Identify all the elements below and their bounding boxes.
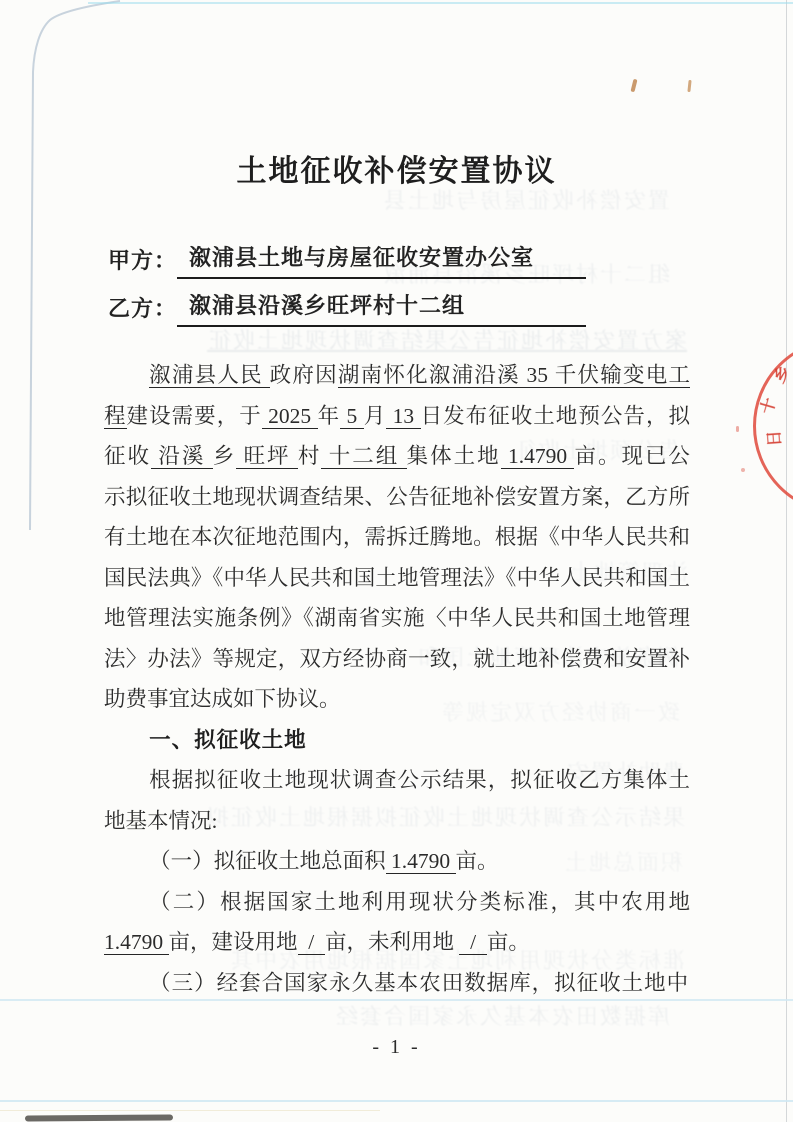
body-line: 一、拟征收土地 bbox=[104, 720, 690, 761]
body-text: 亩，建设用地 bbox=[169, 930, 298, 954]
body-text: 日发布征收土地预公告，拟 bbox=[421, 404, 690, 428]
party-a-label: 甲方： bbox=[108, 244, 177, 275]
body-line: （二）根据国家土地利用现状分类标准，其中农用地 bbox=[104, 882, 690, 923]
body-line: 法〉办法》等规定，双方经协商一致，就土地补偿费和安置补 bbox=[104, 639, 690, 680]
body-text: 亩。 bbox=[456, 849, 499, 873]
body-text: 年 bbox=[318, 404, 341, 428]
body-line: （一）拟征收土地总面积 1.4790 亩。 bbox=[104, 841, 690, 882]
bleedthrough-row: 库据数田农本基久永家国合套经 bbox=[115, 1004, 670, 1030]
seal-character: 十 bbox=[754, 395, 781, 417]
party-b-label: 乙方： bbox=[108, 292, 177, 323]
body-line: 征收 沿溪 乡 旺坪 村 十二组 集体土地 1.4790 亩。现已公 bbox=[104, 436, 690, 477]
body-text: 建设需要，于 bbox=[127, 404, 262, 428]
filled-blank-underlined: 1.4790 bbox=[386, 849, 456, 874]
filled-blank-underlined: 2025 bbox=[262, 404, 318, 429]
body-line: 助费事宜达成如下协议。 bbox=[104, 679, 690, 720]
body-line: 地基本情况: bbox=[104, 801, 690, 842]
filled-blank-underlined: 5 bbox=[340, 404, 364, 429]
seal-circle-icon bbox=[753, 338, 793, 514]
party-a-row: 甲方： 溆浦县土地与房屋征收安置办公室 bbox=[108, 235, 586, 283]
body-line: 示拟征收土地现状调查结果、公告征地补偿安置方案，乙方所 bbox=[104, 477, 690, 518]
filled-blank-underlined: 1.4790 bbox=[104, 930, 169, 955]
body-line: 地管理法实施条例》《湖南省实施〈中华人民共和国土地管理 bbox=[104, 598, 690, 639]
body-text: 征收 bbox=[104, 444, 151, 468]
body-line: 溆浦县人民 政府因湖南怀化溆浦沿溪 35 千伏输变电工 bbox=[104, 355, 690, 396]
filled-blank-underlined: 13 bbox=[386, 404, 420, 429]
filled-blank-underlined: 溆浦县人民 bbox=[149, 363, 269, 388]
body-line: 国民法典》《中华人民共和国土地管理法》《中华人民共和国土 bbox=[104, 558, 690, 599]
filled-blank-underlined: 程 bbox=[104, 404, 127, 429]
body-text: 亩。 bbox=[487, 930, 530, 954]
body-text: 集体土地 bbox=[407, 444, 501, 468]
scanned-document-page: 置安偿补收征屋房与地土县 组二十村坪旺乡溪沿县浦溆 案方置安偿补地征告公果结查调… bbox=[0, 0, 793, 1122]
party-b-row: 乙方： 溆浦县沿溪乡旺坪村十二组 bbox=[108, 283, 586, 331]
seal-ink-speck bbox=[741, 468, 745, 472]
parties-block: 甲方： 溆浦县土地与房屋征收安置办公室 乙方： 溆浦县沿溪乡旺坪村十二组 bbox=[108, 235, 586, 331]
filled-blank-underlined: 沿溪 bbox=[151, 444, 213, 469]
body-text: 月 bbox=[364, 404, 387, 428]
party-a-value: 溆浦县土地与房屋征收安置办公室 bbox=[177, 235, 586, 279]
filled-blank-underlined: 旺坪 bbox=[236, 444, 298, 469]
body-line: 1.4790 亩，建设用地 / 亩，未利用地 / 亩。 bbox=[104, 922, 690, 963]
body-text: 示拟征收土地现状调查结果、公告征地补偿安置方案，乙方所 bbox=[104, 485, 690, 509]
scan-smudge bbox=[25, 1114, 173, 1121]
body-text: 亩。现已公 bbox=[574, 444, 689, 468]
filled-blank-underlined: 十二组 bbox=[321, 444, 406, 469]
body-text: 乡 bbox=[213, 444, 237, 468]
body-text: 一、拟征收土地 bbox=[149, 728, 307, 752]
document-body: 溆浦县人民 政府因湖南怀化溆浦沿溪 35 千伏输变电工程建设需要，于 2025 … bbox=[104, 355, 690, 1003]
filled-blank-underlined: 1.4790 bbox=[501, 444, 575, 469]
body-line: （三）经套合国家永久基本农田数据库，拟征收土地中 bbox=[104, 963, 690, 1004]
body-line: 根据拟征收土地现状调查公示结果，拟征收乙方集体土 bbox=[104, 760, 690, 801]
bleedthrough-row: 置安偿补收征屋房与地土县 bbox=[250, 188, 670, 214]
scan-line-artifact bbox=[88, 2, 793, 4]
party-b-value: 溆浦县沿溪乡旺坪村十二组 bbox=[177, 283, 586, 327]
filled-blank-underlined: / bbox=[298, 930, 325, 955]
scan-line-artifact bbox=[0, 1100, 793, 1102]
scan-speck bbox=[687, 80, 691, 92]
scan-line-artifact bbox=[0, 1110, 380, 1111]
scan-speck bbox=[630, 79, 637, 93]
body-text: 政府因 bbox=[270, 363, 338, 387]
body-text: 根据拟征收土地现状调查公示结果，拟征收乙方集体土 bbox=[149, 768, 690, 792]
body-text: （一）拟征收土地总面积 bbox=[149, 849, 386, 873]
document-title: 土地征收补偿安置协议 bbox=[0, 146, 793, 190]
body-text: 法〉办法》等规定，双方经协商一致，就土地补偿费和安置补 bbox=[104, 647, 690, 671]
body-text: （三）经套合国家永久基本农田数据库，拟征收土地中 bbox=[149, 971, 689, 995]
body-text: （二）根据国家土地利用现状分类标准，其中农用地 bbox=[149, 890, 690, 914]
seal-ink-speck bbox=[736, 426, 739, 432]
body-text: 村 bbox=[298, 444, 322, 468]
seal-character: 乡 bbox=[767, 360, 793, 387]
body-line: 有土地在本次征地范围内，需拆迁腾地。根据《中华人民共和 bbox=[104, 517, 690, 558]
body-text: 亩，未利用地 bbox=[325, 930, 459, 954]
body-text: 国民法典》《中华人民共和国土地管理法》《中华人民共和国土 bbox=[104, 566, 690, 590]
body-line: 程建设需要，于 2025 年 5 月 13 日发布征收土地预公告，拟 bbox=[104, 396, 690, 437]
filled-blank-underlined: 湖南怀化溆浦沿溪 35 千伏输变电工 bbox=[338, 363, 690, 388]
body-text: 助费事宜达成如下协议。 bbox=[104, 687, 341, 711]
body-text: 有土地在本次征地范围内，需拆迁腾地。根据《中华人民共和 bbox=[104, 525, 690, 549]
body-text: 地管理法实施条例》《湖南省实施〈中华人民共和国土地管理 bbox=[104, 606, 690, 630]
filled-blank-underlined: / bbox=[459, 930, 486, 955]
body-text: 地基本情况: bbox=[104, 809, 217, 833]
seal-character: 日 bbox=[761, 430, 785, 448]
page-number: - 1 - bbox=[0, 1036, 793, 1059]
